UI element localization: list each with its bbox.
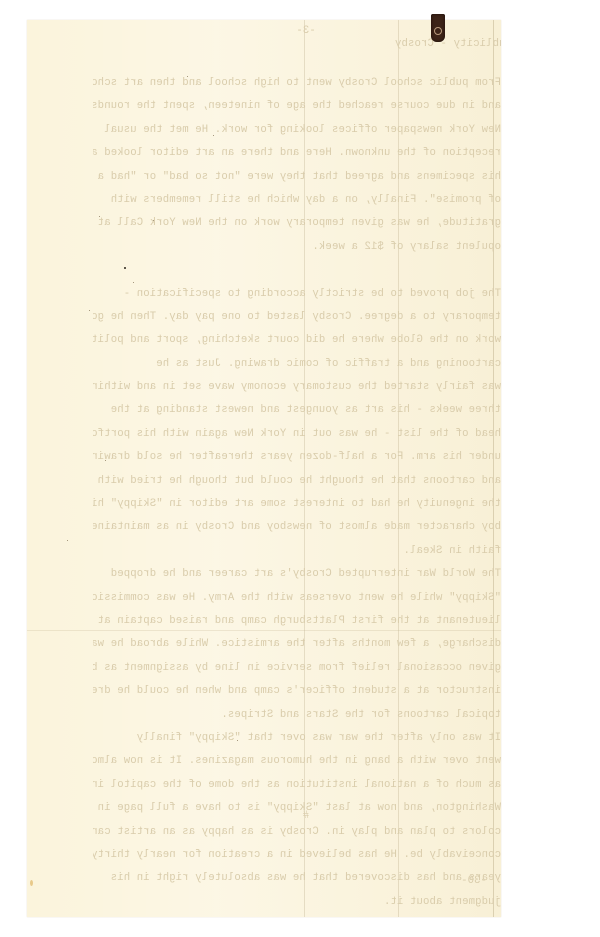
ink-speck <box>124 267 126 269</box>
ink-speck <box>105 460 106 461</box>
text-line: went over with a bang in the humorous ma… <box>93 750 501 773</box>
text-line: reception of the unknown. Here and there… <box>93 142 501 165</box>
text-line: gratitude, he was given temporary work o… <box>93 212 501 235</box>
text-line: under his arm. For a half-dozen years th… <box>93 446 501 469</box>
footer-mark: -30- <box>427 875 487 887</box>
text-line: his specimens and agreed that they were … <box>93 166 501 189</box>
text-line: conceivably be. He has believed in a cre… <box>93 844 501 867</box>
text-line: topical cartoons for the Stars and Strip… <box>93 704 501 727</box>
page-number: -3- <box>286 25 326 37</box>
text-line: of promise". Finally, on a day which he … <box>93 189 501 212</box>
text-line: and cartoons that he thought he could bu… <box>93 470 501 493</box>
ink-speck <box>153 220 154 221</box>
text-line: faith in Skeal. <box>93 540 501 563</box>
text-line: the ingenuity he had to interest some ar… <box>93 493 501 516</box>
text-line: temporary to a degree. Crosby lasted to … <box>93 306 501 329</box>
paragraph: The World War interrupted Crosby's art c… <box>93 563 501 727</box>
paragraph: The job proved to be strictly according … <box>93 283 501 564</box>
text-line: colors to plan and play in. Crosby is as… <box>93 821 501 844</box>
paragraph: From public school Crosby went to high s… <box>93 72 501 259</box>
text-line: instructor at a student officer's camp a… <box>93 680 501 703</box>
text-line: given occasional relief from service in … <box>93 657 501 680</box>
text-line: "Skippy" while he went overseas with the… <box>93 587 501 610</box>
text-line: three weeks - his art as youngest and ne… <box>93 399 501 422</box>
text-line: as much of a national institution as the… <box>93 774 501 797</box>
ink-speck <box>67 540 68 541</box>
document-body: From public school Crosby went to high s… <box>93 72 501 914</box>
text-line: head of the list - he was out in York Ne… <box>93 423 501 446</box>
ink-speck <box>89 310 90 311</box>
text-line: work on the Globe where he did court ske… <box>93 329 501 352</box>
text-line: opulent salary of $12 a week. <box>93 236 501 259</box>
document-heading: Publicity - Crosby <box>404 38 501 50</box>
stain-mark <box>30 880 33 886</box>
text-line: lieutenant at the first Plattsburgh camp… <box>93 610 501 633</box>
ink-speck <box>187 76 188 77</box>
text-line: The job proved to be strictly according … <box>93 283 501 306</box>
text-line: From public school Crosby went to high s… <box>93 72 501 95</box>
text-line: and in due course reached the age of nin… <box>93 95 501 118</box>
text-line: New York newspaper offices looking for w… <box>93 119 501 142</box>
text-line: discharge, a few months after the armist… <box>93 633 501 656</box>
end-mark: # <box>289 810 309 822</box>
paper-clip <box>431 14 445 42</box>
text-line: It was only after the war was over that … <box>93 727 501 750</box>
ink-speck <box>99 216 100 217</box>
ink-speck <box>237 740 238 741</box>
paragraph-gap <box>93 259 501 282</box>
text-line: boy character made almost of newsboy and… <box>93 516 501 539</box>
scanned-document: -3- Publicity - Crosby From public schoo… <box>0 0 600 937</box>
ink-speck <box>133 282 134 283</box>
text-line: cartooning and a traffic of comic drawin… <box>93 353 501 376</box>
text-line: judgment about it. <box>93 891 501 914</box>
text-line: was fairly started the customary economy… <box>93 376 501 399</box>
ink-speck <box>213 135 214 136</box>
paper-sheet: -3- Publicity - Crosby From public schoo… <box>27 20 501 917</box>
text-line: The World War interrupted Crosby's art c… <box>93 563 501 586</box>
